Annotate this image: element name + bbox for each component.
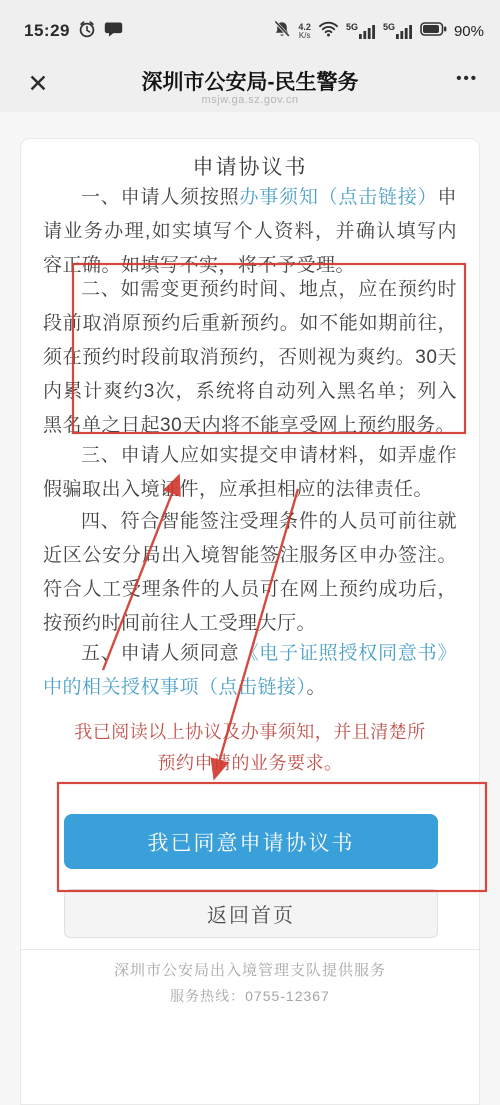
status-bar: 15:29 4.2 K/s 5G 5G 90%	[0, 0, 500, 56]
agreement-clause-4: 四、符合智能签注受理条件的人员可前往就近区公安分局出入境智能签注服务区申办签注。…	[43, 505, 457, 641]
page-background: 申请协议书 一、申请人须按照办事须知（点击链接）申请业务办理,如实填写个人资料，…	[0, 112, 500, 1105]
wifi-icon	[318, 20, 339, 42]
guide-link[interactable]: 办事须知（点击链接）	[239, 187, 437, 208]
network-type-label: 5G	[346, 22, 358, 32]
screenshot-root: { "status_bar": { "time": "15:29", "netw…	[0, 0, 500, 1105]
agreement-clause-2: 二、如需变更预约时间、地点，应在预约时段前取消原预约后重新预约。如不能如期前往，…	[43, 273, 457, 443]
more-menu-icon[interactable]: •••	[456, 70, 478, 87]
battery-percent: 90%	[454, 23, 484, 40]
clause-5-text: 五、申请人须同意	[81, 643, 239, 664]
page-title: 深圳市公安局-民生警务	[80, 66, 420, 96]
footer-hotline: 服务热线：0755-12367	[21, 986, 479, 1006]
footer-divider	[21, 949, 479, 950]
clock-time: 15:29	[24, 21, 70, 41]
network-speed-unit: K/s	[299, 32, 311, 40]
footer-provider: 深圳市公安局出入境管理支队提供服务	[21, 959, 479, 980]
agreement-clause-5: 五、申请人须同意《电子证照授权同意书》中的相关授权事项（点击链接）。	[43, 637, 457, 705]
agreement-clause-3: 三、申请人应如实提交申请材料，如弄虚作假骗取出入境证件，应承担相应的法律责任。	[43, 439, 457, 507]
network-type-label: 5G	[383, 22, 395, 32]
signal-5g-icon-sim1: 5G	[346, 23, 376, 40]
agreement-title: 申请协议书	[21, 151, 479, 181]
agreement-clause-1: 一、申请人须按照办事须知（点击链接）申请业务办理,如实填写个人资料，并确认填写内…	[43, 181, 457, 283]
network-speed: 4.2 K/s	[298, 23, 311, 40]
consent-notice-text: 我已阅读以上协议及办事须知，并且清楚所预约申请的业务要求。	[66, 717, 434, 779]
bell-muted-icon	[273, 20, 291, 43]
back-home-button[interactable]: 返回首页	[64, 889, 438, 938]
page-url: msjw.ga.sz.gov.cn	[0, 94, 500, 106]
agree-button[interactable]: 我已同意申请协议书	[64, 814, 438, 869]
webview-header: ✕ 深圳市公安局-民生警务 msjw.ga.sz.gov.cn •••	[0, 56, 500, 112]
battery-icon	[420, 20, 447, 43]
message-bubble-icon	[104, 20, 123, 43]
clause-1-text: 一、申请人须按照	[81, 187, 239, 208]
signal-5g-icon-sim2: 5G	[383, 23, 413, 40]
clause-5-text: 。	[307, 677, 327, 698]
alarm-icon	[78, 20, 96, 43]
agreement-card: 申请协议书 一、申请人须按照办事须知（点击链接）申请业务办理,如实填写个人资料，…	[20, 138, 480, 1105]
